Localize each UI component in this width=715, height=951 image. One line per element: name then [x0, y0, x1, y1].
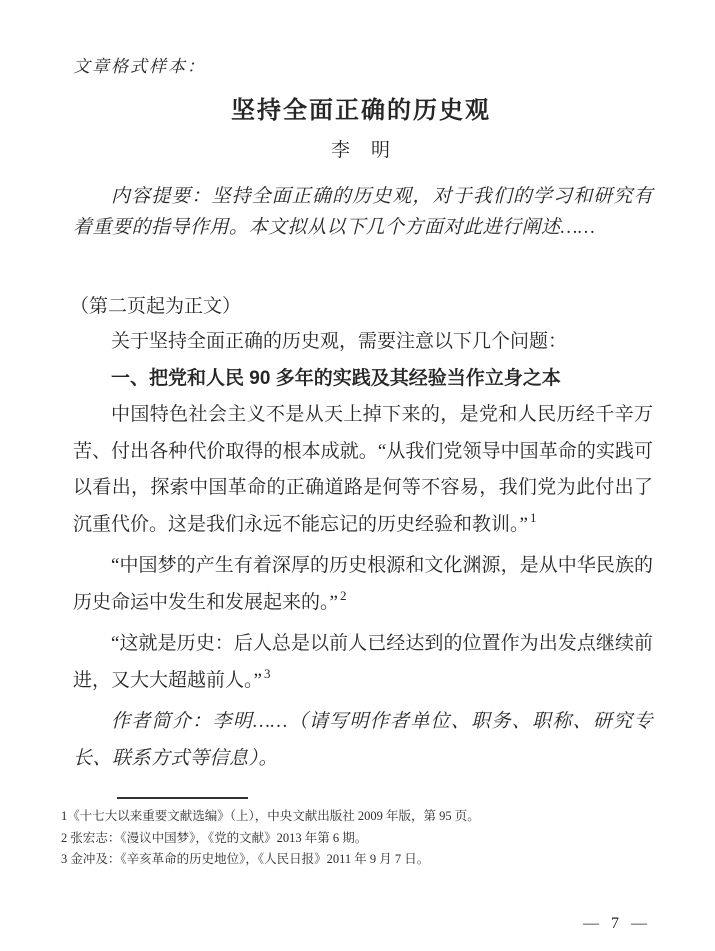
footnote-3: 3 金冲及：《辛亥革命的历史地位》，《人民日报》2011 年 9 月 7 日。	[61, 849, 671, 871]
footnote-ref-3: 3	[262, 666, 271, 681]
footnote-2: 2 张宏志：《漫议中国梦》，《党的文献》2013 年第 6 期。	[61, 828, 671, 850]
document-page: 文章格式样本： 坚持全面正确的历史观 李 明 内容提要：坚持全面正确的历史观，对…	[0, 0, 715, 951]
footnote-separator-rule	[117, 797, 248, 799]
body-paragraph-1-text: 中国特色社会主义不是从天上掉下来的，是党和人民历经千辛万苦、付出各种代价取得的根…	[73, 404, 653, 535]
footnote-ref-2: 2	[338, 588, 347, 603]
sample-format-label: 文章格式样本：	[73, 52, 206, 77]
body-paragraph-2: “中国梦的产生有着深厚的历史根源和文化渊源，是从中华民族的历史命运中发生和发展起…	[73, 548, 653, 621]
section-heading-1: 一、把党和人民 90 多年的实践及其经验当作立身之本	[73, 361, 653, 398]
page2-note: （第二页起为正文）	[70, 291, 241, 318]
author-bio-paragraph: 作者简介：李明……（请写明作者单位、职务、职称、研究专长、联系方式等信息）。	[73, 704, 653, 777]
author-name: 李 明	[72, 135, 650, 162]
article-title: 坚持全面正确的历史观	[72, 90, 650, 125]
body-paragraph-2-text: “中国梦的产生有着深厚的历史根源和文化渊源，是从中华民族的历史命运中发生和发展起…	[73, 555, 653, 613]
footnotes-block: 1《十七大以来重要文献选编》（上），中央文献出版社 2009 年版，第 95 页…	[61, 806, 671, 871]
page-number: — 7 —	[583, 915, 651, 933]
abstract-paragraph: 内容提要：坚持全面正确的历史观，对于我们的学习和研究有着重要的指导作用。本文拟从…	[73, 181, 653, 243]
footnote-ref-1: 1	[528, 510, 537, 525]
body-paragraph-3: “这就是历史：后人总是以前人已经达到的位置作为出发点继续前进，又大大超越前人。”…	[73, 626, 653, 699]
body-paragraph-1: 中国特色社会主义不是从天上掉下来的，是党和人民历经千辛万苦、付出各种代价取得的根…	[73, 397, 653, 543]
article-body: 关于坚持全面正确的历史观，需要注意以下几个问题： 一、把党和人民 90 多年的实…	[73, 324, 653, 777]
footnote-1: 1《十七大以来重要文献选编》（上），中央文献出版社 2009 年版，第 95 页…	[61, 806, 671, 828]
body-paragraph-3-text: “这就是历史：后人总是以前人已经达到的位置作为出发点继续前进，又大大超越前人。”	[73, 633, 653, 691]
intro-paragraph: 关于坚持全面正确的历史观，需要注意以下几个问题：	[73, 324, 653, 361]
